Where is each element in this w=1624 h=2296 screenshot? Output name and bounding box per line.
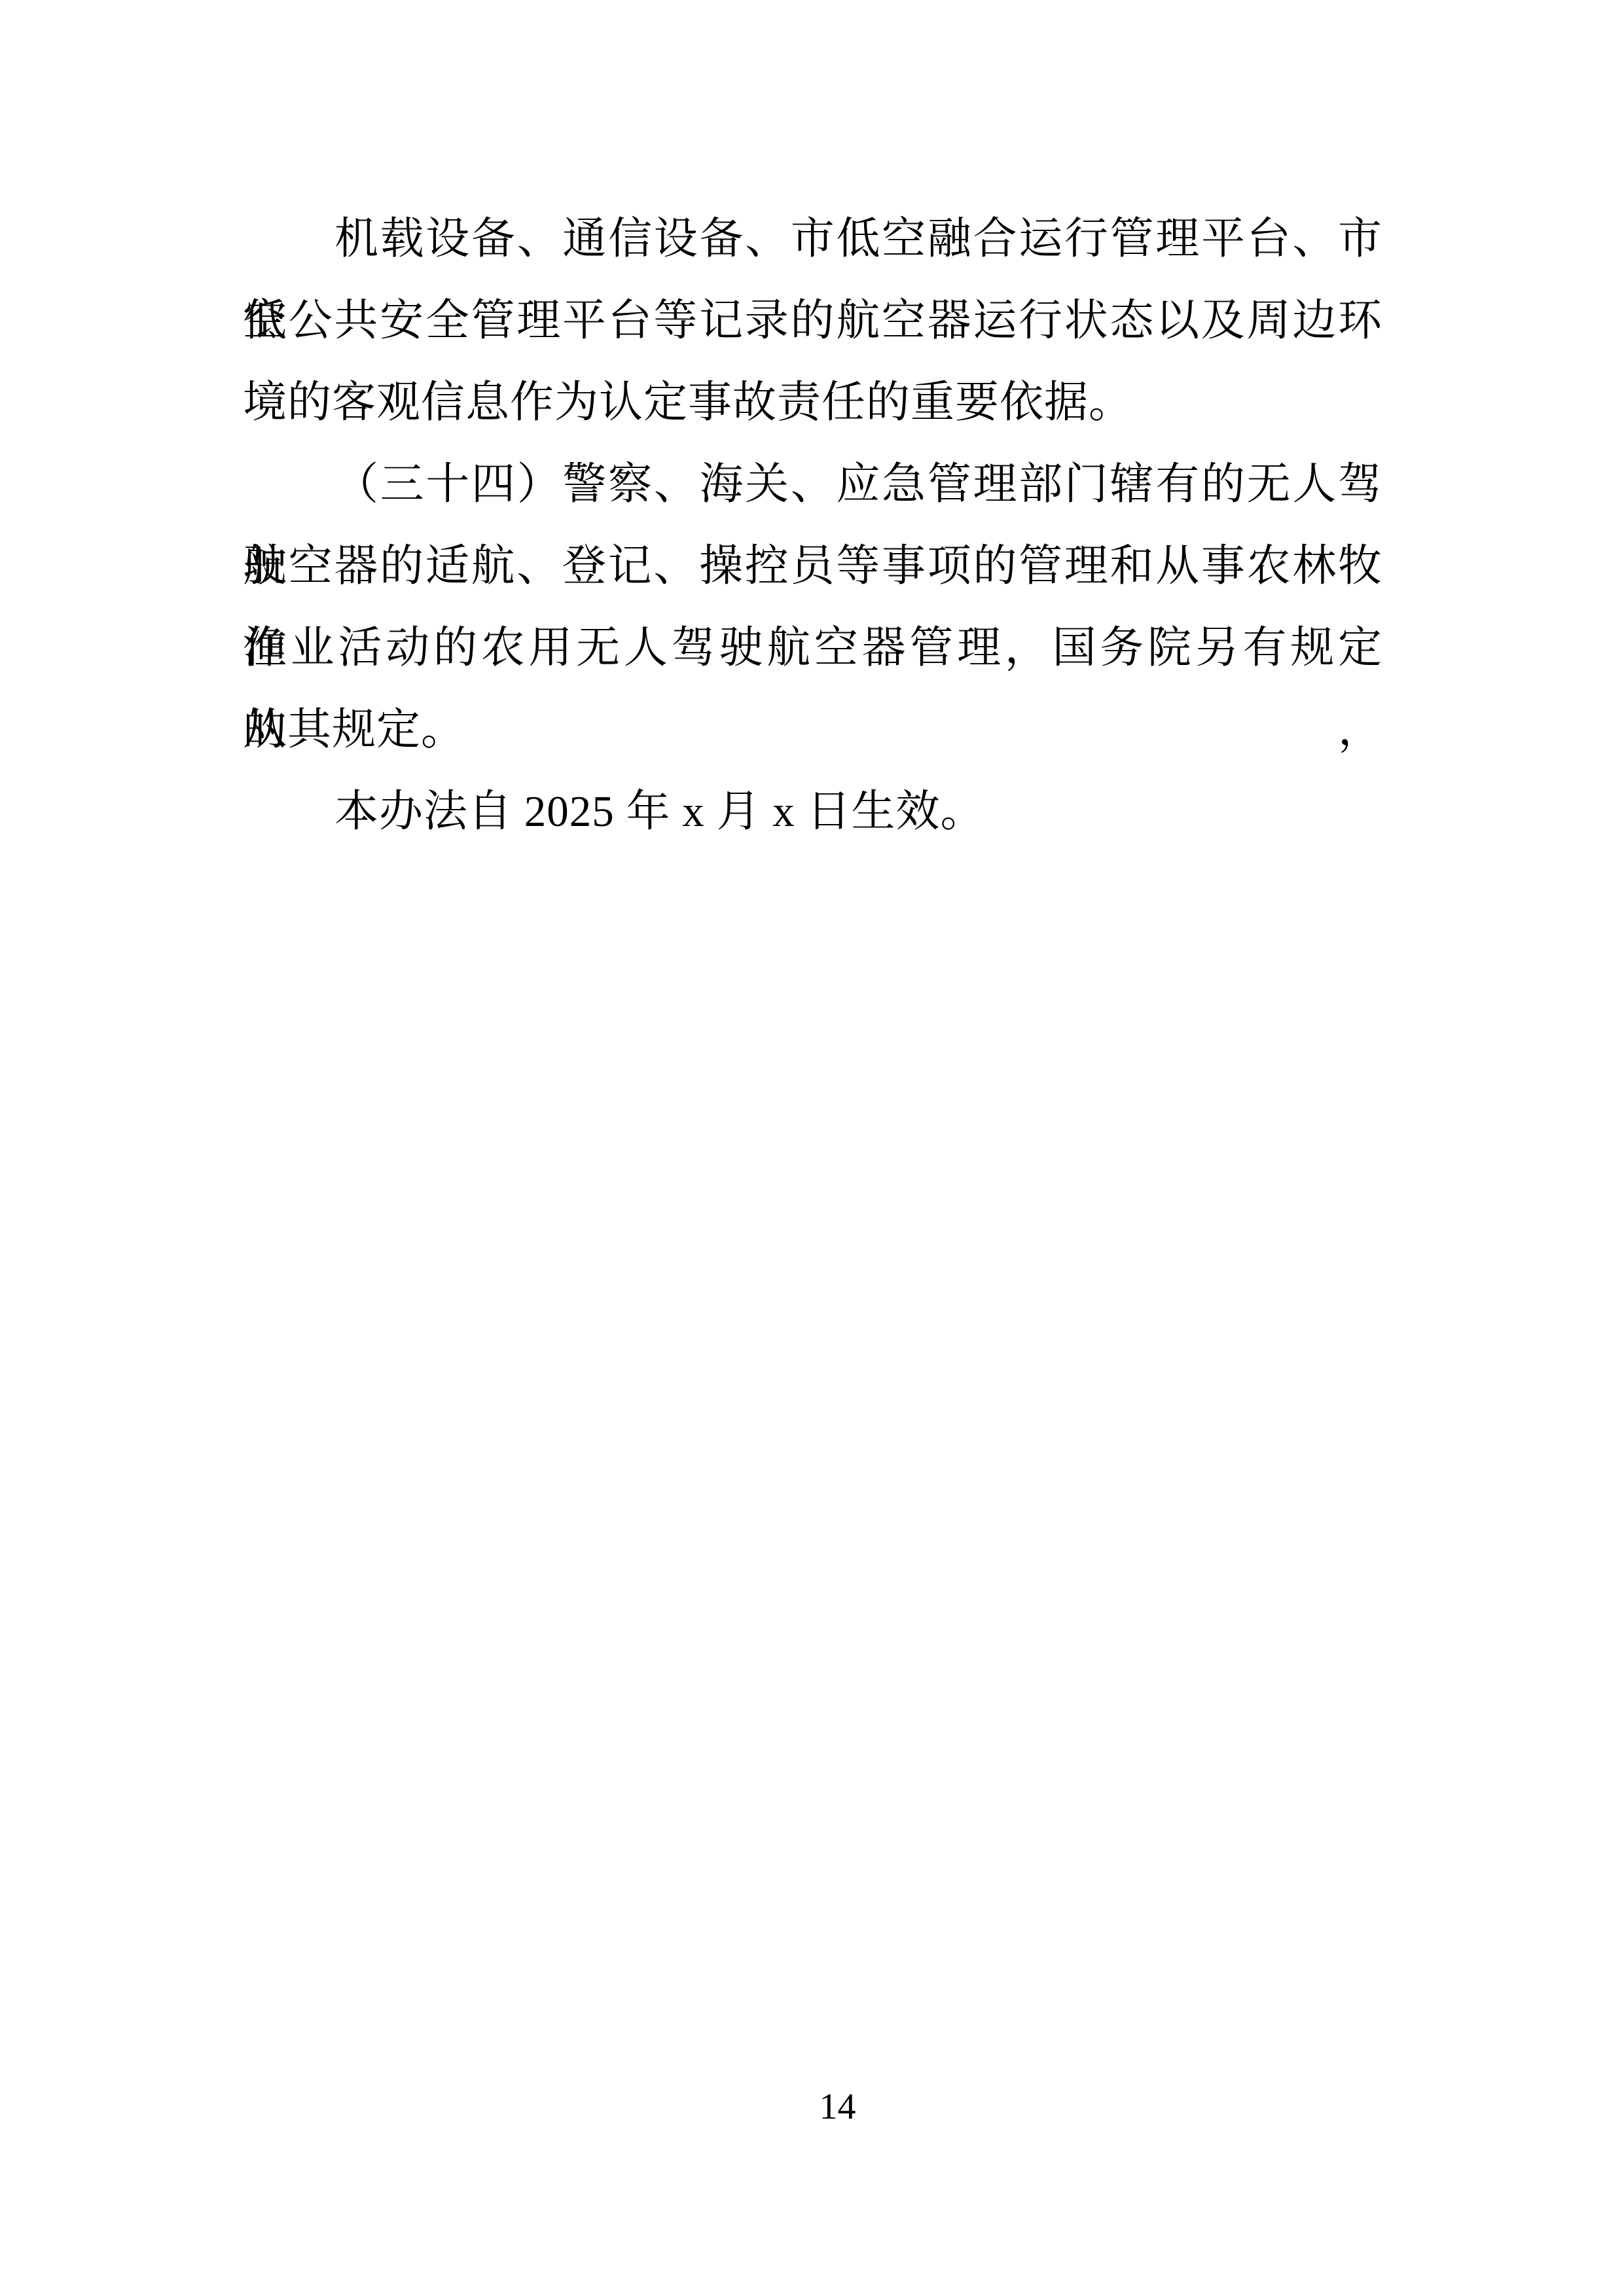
page-number: 14 [0, 2086, 1624, 2128]
paragraph-line: 境的客观信息作为认定事故责任的重要依据。 [243, 362, 1382, 444]
paragraph-line: （三十四）警察、海关、应急管理部门辖有的无人驾驶 [243, 444, 1382, 526]
document-body: 机载设备、通信设备、市低空融合运行管理平台、市低 空公共安全管理平台等记录的航空… [243, 198, 1382, 853]
paragraph-line: 航空器的适航、登记、操控员等事项的管理和从事农林牧渔 [243, 526, 1382, 607]
paragraph-line: 空公共安全管理平台等记录的航空器运行状态以及周边环 [243, 280, 1382, 362]
paragraph-line: 作业活动的农用无人驾驶航空器管理，国务院另有规定的， [243, 607, 1382, 689]
document-page: 机载设备、通信设备、市低空融合运行管理平台、市低 空公共安全管理平台等记录的航空… [0, 0, 1624, 2296]
paragraph-line: 机载设备、通信设备、市低空融合运行管理平台、市低 [243, 198, 1382, 280]
paragraph-line: 本办法自 2025 年 x 月 x 日生效。 [243, 771, 1382, 853]
